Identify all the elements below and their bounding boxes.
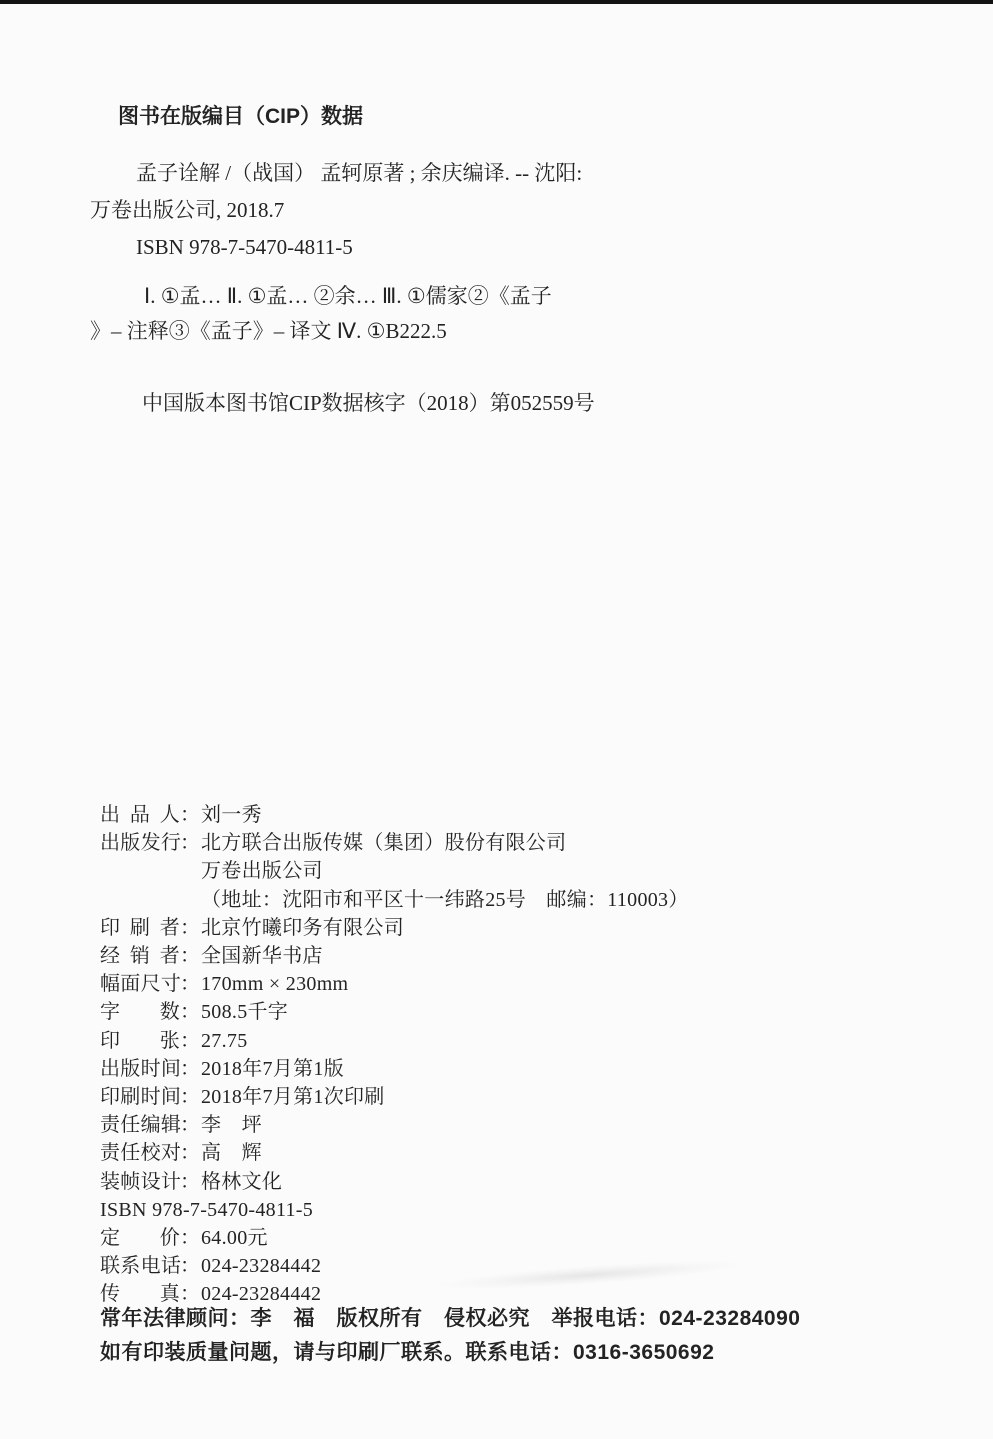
cip-registry-number: 中国版本图书馆CIP数据核字（2018）第052559号 (90, 385, 670, 422)
legal-notice-block: 常年法律顾问：李 福 版权所有 侵权必究 举报电话：024-23284090 如… (100, 1302, 940, 1370)
row-value: ISBN 978-7-5470-4811-5 (100, 1199, 313, 1221)
colophon-row-pubdate: 出版时间：2018年7月第1版 (100, 1055, 860, 1083)
row-value: 27.75 (201, 1030, 248, 1052)
colophon-row-proofreader: 责任校对：高 辉 (100, 1139, 860, 1167)
row-value: 北京竹曦印务有限公司 (201, 917, 404, 939)
row-colon: ： (180, 1224, 201, 1252)
row-value: 高 辉 (201, 1142, 262, 1164)
row-colon: ： (180, 998, 201, 1026)
row-label: 出版发行 (100, 829, 180, 857)
row-value: 刘一秀 (201, 804, 262, 826)
row-label: 定价 (100, 1224, 180, 1252)
colophon-row-printdate: 印刷时间：2018年7月第1次印刷 (100, 1083, 860, 1111)
colophon-row-designer: 装帧设计：格林文化 (100, 1168, 860, 1196)
cip-class-line-2: 》– 注释③《孟子》– 译文 Ⅳ. ①B222.5 (90, 314, 670, 349)
scan-edge-strip (0, 0, 993, 4)
cip-record-line-2: 万卷出版公司, 2018.7 (90, 192, 670, 229)
cip-classification: Ⅰ. ①孟… Ⅱ. ①孟… ②余… Ⅲ. ①儒家②《孟子 》– 注释③《孟子》–… (90, 279, 670, 349)
legal-line-counsel: 常年法律顾问：李 福 版权所有 侵权必究 举报电话：024-23284090 (100, 1302, 940, 1336)
row-colon: ： (180, 1083, 201, 1111)
cip-class-line-1: Ⅰ. ①孟… Ⅱ. ①孟… ②余… Ⅲ. ①儒家②《孟子 (90, 279, 670, 314)
row-value: （地址：沈阳市和平区十一纬路25号 邮编：110003） (201, 889, 689, 911)
row-colon: ： (180, 970, 201, 998)
row-label: 幅面尺寸 (100, 970, 180, 998)
row-colon: ： (180, 801, 201, 829)
row-label: 印张 (100, 1027, 180, 1055)
row-value: 全国新华书店 (201, 945, 323, 967)
row-value: 李 坪 (201, 1114, 262, 1136)
row-colon: ： (180, 1139, 201, 1167)
cip-record-line-1: 孟子诠解 /（战国） 孟轲原著 ; 余庆编译. -- 沈阳: (90, 155, 670, 192)
row-value: 170mm × 230mm (201, 973, 348, 995)
cip-header: 图书在版编目（CIP）数据 (118, 102, 670, 132)
colophon-row-wordcount: 字数：508.5千字 (100, 998, 860, 1026)
row-label: 装帧设计 (100, 1168, 180, 1196)
colophon-row-sheets: 印张：27.75 (100, 1027, 860, 1055)
row-value: 2018年7月第1版 (201, 1058, 344, 1080)
colophon-row-publisher: 出版发行：北方联合出版传媒（集团）股份有限公司 (100, 829, 860, 857)
cip-data-block: 图书在版编目（CIP）数据 孟子诠解 /（战国） 孟轲原著 ; 余庆编译. --… (90, 102, 670, 422)
colophon-row-distributor: 经销者：全国新华书店 (100, 942, 860, 970)
row-colon: ： (180, 1111, 201, 1139)
row-colon: ： (180, 1055, 201, 1083)
row-label: 出品人 (100, 801, 180, 829)
cip-record: 孟子诠解 /（战国） 孟轲原著 ; 余庆编译. -- 沈阳: 万卷出版公司, 2… (90, 155, 670, 266)
colophon-row-printer: 印刷者：北京竹曦印务有限公司 (100, 914, 860, 942)
cip-isbn: ISBN 978-7-5470-4811-5 (90, 229, 670, 266)
row-label: 印刷者 (100, 914, 180, 942)
row-value: 万卷出版公司 (201, 860, 323, 882)
row-value: 508.5千字 (201, 1001, 288, 1023)
row-colon: ： (180, 1252, 201, 1280)
colophon-row-phone: 联系电话：024-23284442 (100, 1252, 860, 1280)
colophon-row-isbn: ISBN 978-7-5470-4811-5 (100, 1196, 860, 1224)
row-value: 024-23284442 (201, 1255, 321, 1277)
colophon-row-size: 幅面尺寸：170mm × 230mm (100, 970, 860, 998)
colophon-row-address: （地址：沈阳市和平区十一纬路25号 邮编：110003） (100, 886, 860, 914)
colophon-row-price: 定价：64.00元 (100, 1224, 860, 1252)
row-colon: ： (180, 1027, 201, 1055)
colophon-row-publisher-cont: 万卷出版公司 (100, 857, 860, 885)
row-colon: ： (180, 914, 201, 942)
row-label: 联系电话 (100, 1252, 180, 1280)
legal-line-quality: 如有印装质量问题，请与印刷厂联系。联系电话：0316-3650692 (100, 1336, 940, 1370)
row-label: 责任校对 (100, 1139, 180, 1167)
row-colon: ： (180, 942, 201, 970)
row-label: 字数 (100, 998, 180, 1026)
row-label: 责任编辑 (100, 1111, 180, 1139)
row-label: 出版时间 (100, 1055, 180, 1083)
row-colon: ： (180, 829, 201, 857)
row-value: 64.00元 (201, 1227, 268, 1249)
colophon-row-producer: 出品人：刘一秀 (100, 801, 860, 829)
colophon-row-editor: 责任编辑：李 坪 (100, 1111, 860, 1139)
row-colon: ： (180, 1168, 201, 1196)
book-copyright-page: { "page": { "background_color": "#fbfbfb… (0, 0, 993, 1439)
row-value: 2018年7月第1次印刷 (201, 1086, 385, 1108)
row-value: 北方联合出版传媒（集团）股份有限公司 (201, 832, 566, 854)
row-value: 格林文化 (201, 1171, 282, 1193)
row-label: 印刷时间 (100, 1083, 180, 1111)
row-label: 经销者 (100, 942, 180, 970)
colophon-block: 出品人：刘一秀 出版发行：北方联合出版传媒（集团）股份有限公司 万卷出版公司 （… (100, 801, 860, 1309)
